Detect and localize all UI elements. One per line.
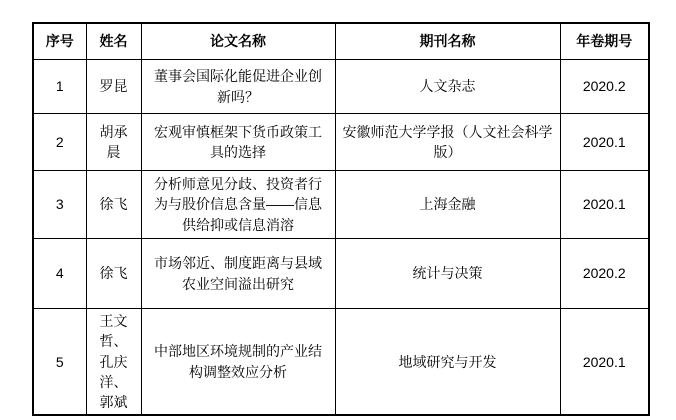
cell-no: 2 [33, 114, 86, 171]
cell-journal-name: 统计与决策 [335, 239, 560, 309]
cell-year-issue: 2020.2 [560, 239, 649, 309]
cell-paper-title: 中部地区环境规制的产业结构调整效应分析 [141, 309, 335, 416]
cell-no: 1 [33, 60, 86, 114]
cell-no: 3 [33, 171, 86, 239]
cell-year-issue: 2020.1 [560, 114, 649, 171]
cell-journal-name: 人文杂志 [335, 60, 560, 114]
cell-paper-title: 市场邻近、制度距离与县域农业空间溢出研究 [141, 239, 335, 309]
table-row: 4 徐飞 市场邻近、制度距离与县域农业空间溢出研究 统计与决策 2020.2 [33, 239, 649, 309]
cell-journal-name: 上海金融 [335, 171, 560, 239]
cell-paper-title: 分析师意见分歧、投资者行为与股价信息含量——信息供给抑或信息消溶 [141, 171, 335, 239]
cell-year-issue: 2020.2 [560, 60, 649, 114]
document-page: 序号 姓名 论文名称 期刊名称 年卷期号 1 罗昆 董事会国际化能促进企业创新吗… [0, 0, 676, 420]
table-row: 1 罗昆 董事会国际化能促进企业创新吗？ 人文杂志 2020.2 [33, 60, 649, 114]
column-header-name: 姓名 [86, 23, 141, 60]
table-row: 5 王文哲、孔庆洋、郭斌 中部地区环境规制的产业结构调整效应分析 地域研究与开发… [33, 309, 649, 416]
column-header-title: 论文名称 [141, 23, 335, 60]
paper-list-table: 序号 姓名 论文名称 期刊名称 年卷期号 1 罗昆 董事会国际化能促进企业创新吗… [32, 22, 650, 416]
cell-journal-name: 安徽师范大学学报（人文社会科学版） [335, 114, 560, 171]
cell-year-issue: 2020.1 [560, 309, 649, 416]
cell-author-name: 罗昆 [86, 60, 141, 114]
cell-author-name: 徐飞 [86, 239, 141, 309]
cell-year-issue: 2020.1 [560, 171, 649, 239]
cell-no: 5 [33, 309, 86, 416]
cell-author-name: 徐飞 [86, 171, 141, 239]
cell-paper-title: 董事会国际化能促进企业创新吗？ [141, 60, 335, 114]
column-header-no: 序号 [33, 23, 86, 60]
cell-no: 4 [33, 239, 86, 309]
table-row: 2 胡承晨 宏观审慎框架下货币政策工具的选择 安徽师范大学学报（人文社会科学版）… [33, 114, 649, 171]
table-header-row: 序号 姓名 论文名称 期刊名称 年卷期号 [33, 23, 649, 60]
cell-author-name: 胡承晨 [86, 114, 141, 171]
table-row: 3 徐飞 分析师意见分歧、投资者行为与股价信息含量——信息供给抑或信息消溶 上海… [33, 171, 649, 239]
column-header-journal: 期刊名称 [335, 23, 560, 60]
cell-journal-name: 地域研究与开发 [335, 309, 560, 416]
paper-table-body: 1 罗昆 董事会国际化能促进企业创新吗？ 人文杂志 2020.2 2 胡承晨 宏… [33, 60, 649, 416]
cell-author-name: 王文哲、孔庆洋、郭斌 [86, 309, 141, 416]
column-header-issue: 年卷期号 [560, 23, 649, 60]
cell-paper-title: 宏观审慎框架下货币政策工具的选择 [141, 114, 335, 171]
